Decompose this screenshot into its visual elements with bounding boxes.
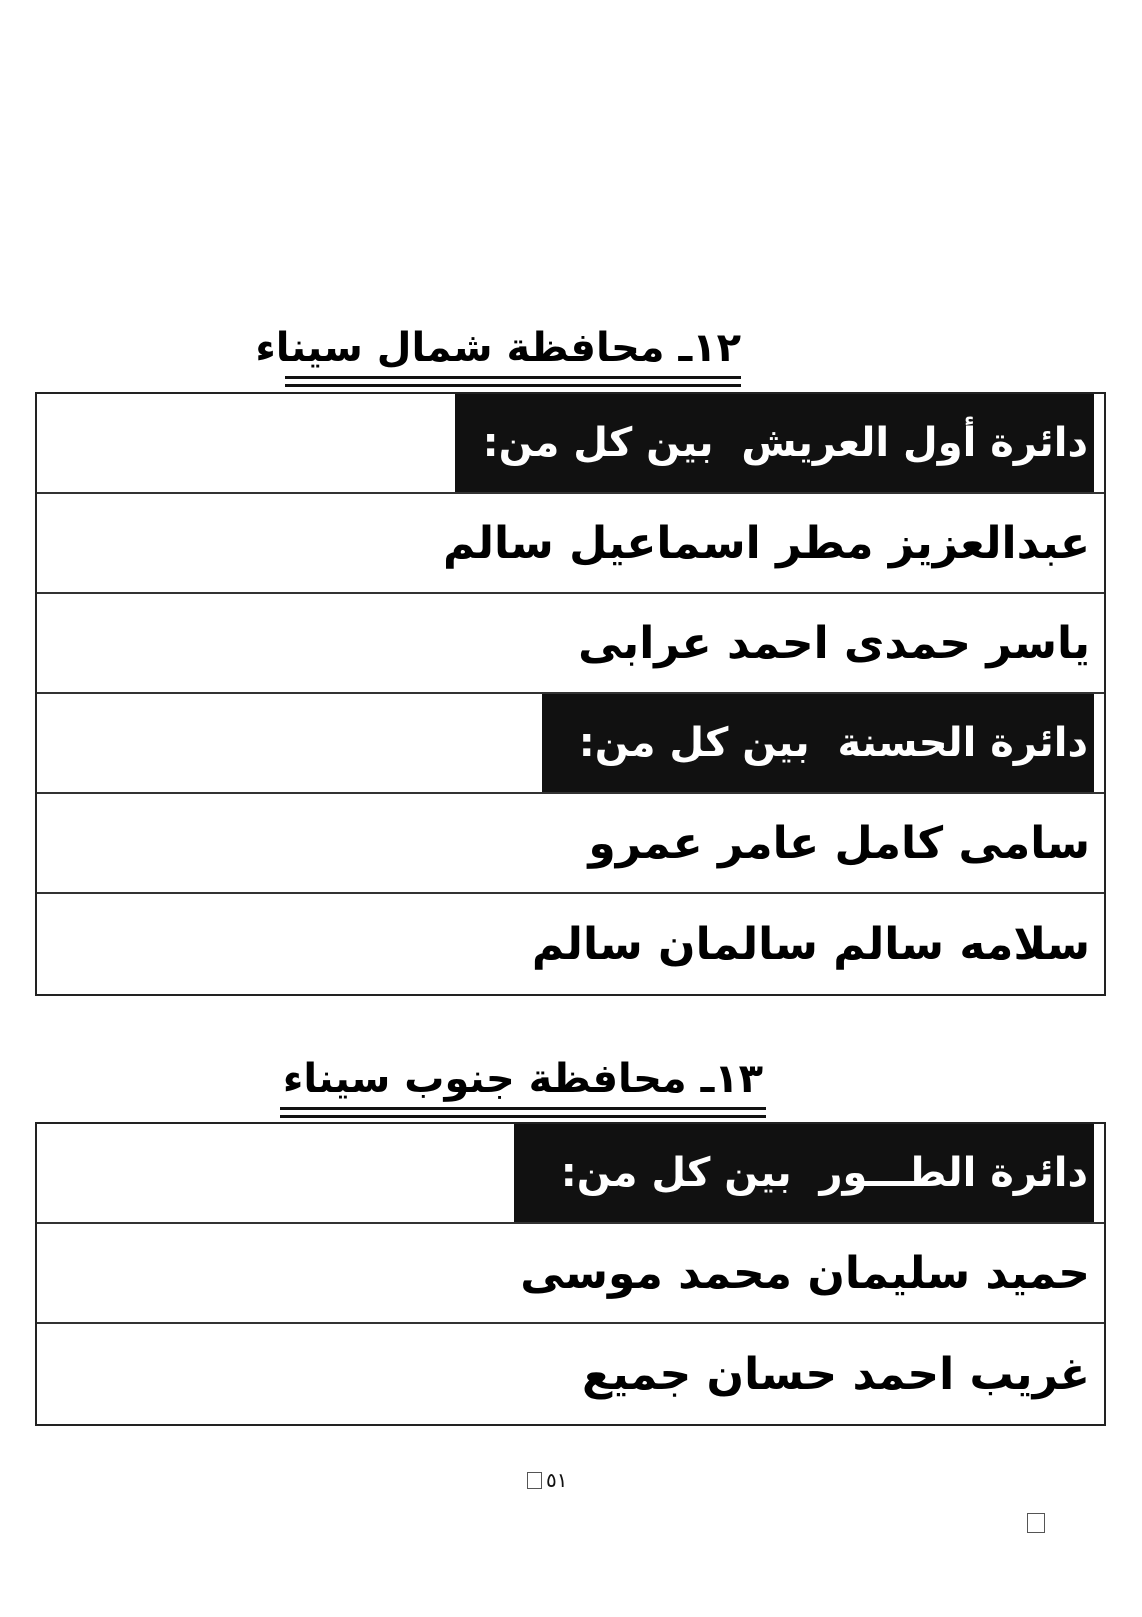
candidate-name: حميد سليمان محمد موسى xyxy=(520,1224,1090,1322)
table-row: سامى كامل عامر عمرو xyxy=(37,794,1104,894)
placeholder-box-icon xyxy=(527,1472,542,1489)
table-row: حميد سليمان محمد موسى xyxy=(37,1224,1104,1324)
corner-placeholder-box-icon xyxy=(1027,1513,1045,1533)
candidate-name: عبدالعزيز مطر اسماعيل سالم xyxy=(443,494,1090,592)
section-title-text: ١٣ـ محافظة جنوب سيناء xyxy=(283,1053,763,1105)
table-row-header: دائرة الطـــور بين كل من: xyxy=(37,1124,1104,1224)
title-underline xyxy=(285,384,741,387)
title-underline xyxy=(280,1107,766,1110)
candidate-name: ياسر حمدى احمد عرابى xyxy=(578,594,1090,692)
section-title-text: ١٢ـ محافظة شمال سيناء xyxy=(255,322,741,374)
north-sinai-table: دائرة أول العريش بين كل من: عبدالعزيز مط… xyxy=(35,392,1106,996)
candidate-name: سلامه سالم سالمان سالم xyxy=(532,894,1090,994)
table-row: عبدالعزيز مطر اسماعيل سالم xyxy=(37,494,1104,594)
page-number: ٥١ xyxy=(527,1468,567,1492)
table-row-header: دائرة أول العريش بين كل من: xyxy=(37,394,1104,494)
title-underline xyxy=(285,376,741,379)
district-header-text: دائرة أول العريش بين كل من: xyxy=(483,420,1088,466)
district-header-text: دائرة الطـــور بين كل من: xyxy=(561,1150,1088,1196)
page-number-text: ٥١ xyxy=(546,1468,567,1492)
district-header-arish-1: دائرة أول العريش بين كل من: xyxy=(455,394,1094,492)
section-title-north-sinai: ١٢ـ محافظة شمال سيناء xyxy=(285,322,741,374)
district-header-text: دائرة الحسنة بين كل من: xyxy=(579,720,1088,766)
section-title-south-sinai: ١٣ـ محافظة جنوب سيناء xyxy=(280,1053,766,1105)
district-header-hasana: دائرة الحسنة بين كل من: xyxy=(542,694,1094,792)
title-underline xyxy=(280,1115,766,1118)
candidate-name: غريب احمد حسان جميع xyxy=(582,1324,1090,1424)
district-header-tor: دائرة الطـــور بين كل من: xyxy=(514,1124,1094,1222)
south-sinai-table: دائرة الطـــور بين كل من: حميد سليمان مح… xyxy=(35,1122,1106,1426)
table-row-header: دائرة الحسنة بين كل من: xyxy=(37,694,1104,794)
table-row: ياسر حمدى احمد عرابى xyxy=(37,594,1104,694)
table-row: سلامه سالم سالمان سالم xyxy=(37,894,1104,994)
table-row: غريب احمد حسان جميع xyxy=(37,1324,1104,1424)
candidate-name: سامى كامل عامر عمرو xyxy=(588,794,1090,892)
